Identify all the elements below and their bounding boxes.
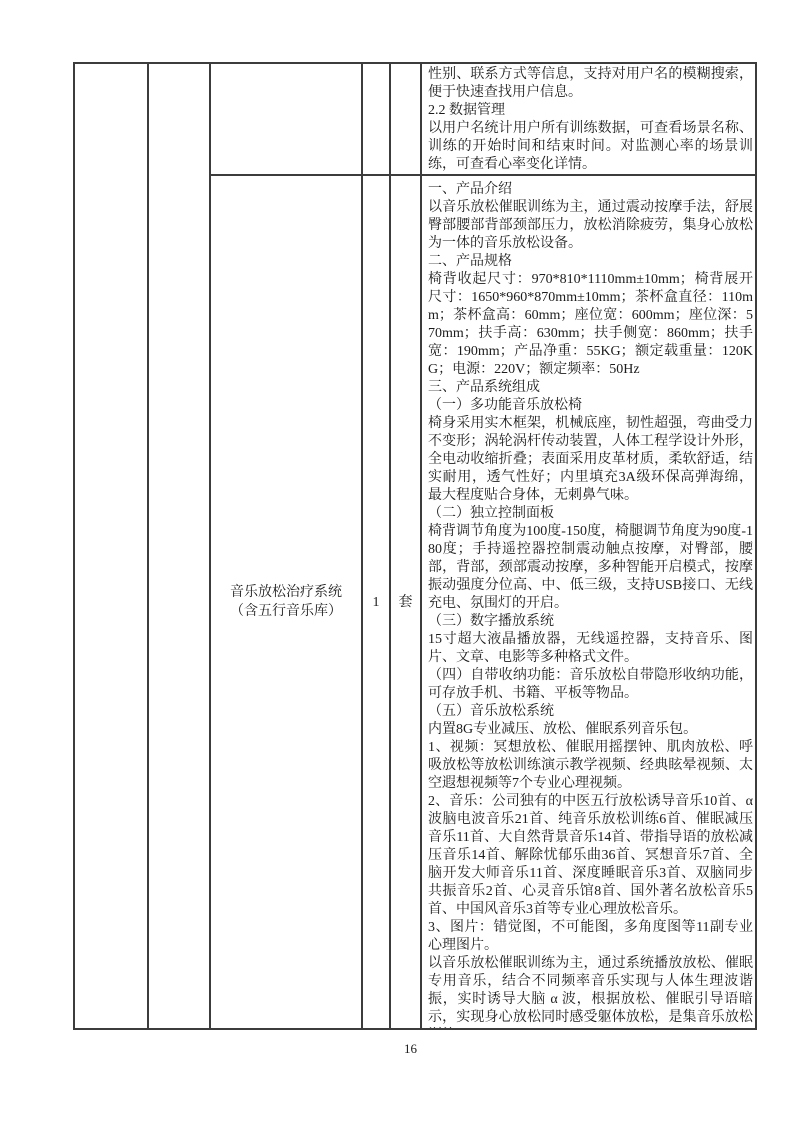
page-number: 16 xyxy=(0,1041,793,1057)
item-name-text: 音乐放松治疗系统 （含五行音乐库） xyxy=(211,176,363,1028)
continuation-description-text: 性别、联系方式等信息，支持对用户名的模糊搜索，便于快速查找用户信息。 2.2 数… xyxy=(422,64,755,176)
item-description-text: 一、产品介绍 以音乐放松催眠训练为主，通过震动按摩手法，舒展臀部腰部背部颈部压力… xyxy=(422,176,755,1028)
item-quantity-text: 1 xyxy=(363,176,391,1028)
unit-cell-empty xyxy=(391,64,422,176)
item-unit-text: 套 xyxy=(391,176,422,1028)
quantity-cell-empty xyxy=(363,64,391,176)
procurement-spec-table: 性别、联系方式等信息，支持对用户名的模糊搜索，便于快速查找用户信息。 2.2 数… xyxy=(73,62,757,1030)
item-name-cell-empty xyxy=(211,64,363,176)
serial-column-cell-empty xyxy=(75,64,149,1028)
category-column-cell-empty xyxy=(149,64,211,1028)
